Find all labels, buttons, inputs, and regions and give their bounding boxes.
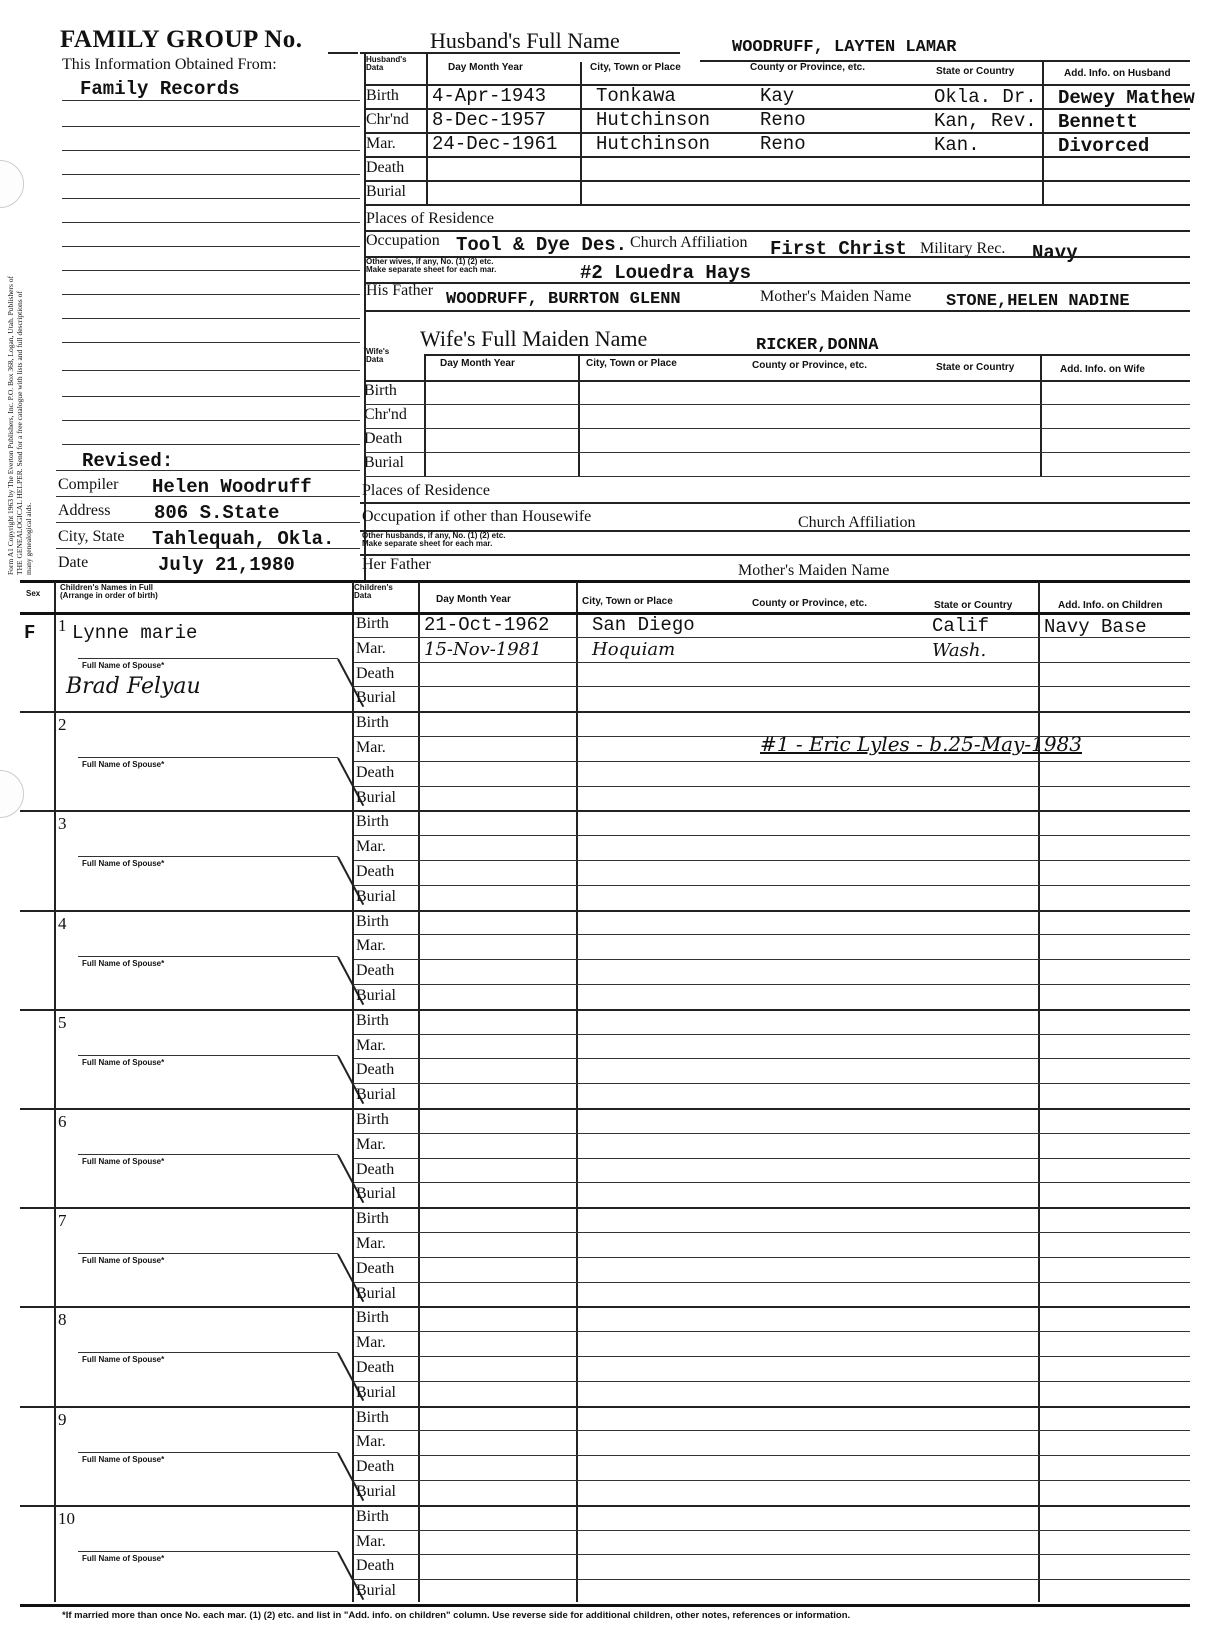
address-field[interactable]: 806 S.State <box>154 502 279 524</box>
his-father-label: His Father <box>366 282 433 300</box>
child-number: 10 <box>58 1509 75 1529</box>
date-label: Date <box>58 554 88 572</box>
husband-county-field[interactable]: Reno <box>760 109 806 131</box>
husband-event-label: Mar. <box>366 135 396 153</box>
wife-residence-label: Places of Residence <box>362 482 490 500</box>
child-event-label: Birth <box>356 714 389 732</box>
city-state-field[interactable]: Tahlequah, Okla. <box>152 528 334 550</box>
copyright-text: Form A1 Copyright 1963 by The Everton Pu… <box>6 275 33 575</box>
spouse-label: Full Name of Spouse* <box>82 1257 164 1265</box>
husband-residence-label: Places of Residence <box>366 210 494 228</box>
husband-event-label: Death <box>366 159 404 177</box>
husband-data-label: Husband's Data <box>366 56 406 72</box>
date-field[interactable]: July 21,1980 <box>158 554 295 576</box>
child-event-label: Birth <box>356 813 389 831</box>
col-city: City, Town or Place <box>590 62 681 73</box>
child-event-label: Death <box>356 863 394 881</box>
children-names-header: Children's Names in Full(Arrange in orde… <box>60 584 158 600</box>
child-event-label: Birth <box>356 1309 389 1327</box>
husband-date-field[interactable]: 8-Dec-1957 <box>432 109 546 131</box>
child-name-field[interactable]: Lynne marie <box>72 622 197 644</box>
child-event-label: Death <box>356 764 394 782</box>
husband-name[interactable]: WOODRUFF, LAYTEN LAMAR <box>732 38 956 57</box>
husband-county-field[interactable]: Kay <box>760 85 794 107</box>
revised-label: Revised: <box>82 450 173 472</box>
child-number: 1 <box>58 616 67 636</box>
spouse-label: Full Name of Spouse* <box>82 1059 164 1067</box>
child-event-label: Mar. <box>356 1136 386 1154</box>
child-event-label: Death <box>356 665 394 683</box>
husband-state-field[interactable]: Kan. <box>934 134 980 156</box>
other-husbands-label: Other husbands, if any, No. (1) (2) etc.… <box>362 532 505 548</box>
child-number: 3 <box>58 814 67 834</box>
husband-mother-label: Mother's Maiden Name <box>760 288 911 306</box>
col-add-info-husband: Add. Info. on Husband <box>1064 68 1171 79</box>
her-father-label: Her Father <box>362 556 431 574</box>
child-city-field[interactable]: Hoquiam <box>592 639 675 660</box>
husband-info-field[interactable]: Divorced <box>1058 135 1149 157</box>
child-event-label: Mar. <box>356 739 386 757</box>
occupation-field[interactable]: Tool & Dye Des. <box>456 234 627 256</box>
col-dmy: Day Month Year <box>448 62 523 73</box>
child-city-field[interactable]: San Diego <box>592 614 695 636</box>
child-event-label: Burial <box>356 789 396 807</box>
col-state: State or Country <box>936 66 1014 77</box>
child-event-label: Mar. <box>356 838 386 856</box>
col-add-info-children: Add. Info. on Children <box>1058 600 1162 611</box>
child-event-label: Birth <box>356 1210 389 1228</box>
wife-event-label: Burial <box>364 454 404 472</box>
wife-col-county: County or Province, etc. <box>752 360 867 371</box>
spouse-name-field[interactable]: Brad Felyau <box>66 674 201 699</box>
husband-city-field[interactable]: Hutchinson <box>596 133 710 155</box>
child-info-field[interactable]: Navy Base <box>1044 616 1147 638</box>
child-event-label: Burial <box>356 689 396 707</box>
child-event-label: Mar. <box>356 937 386 955</box>
info-obtained-line[interactable]: Family Records <box>80 78 240 100</box>
wife-data-label: Wife's Data <box>366 348 406 364</box>
child-event-label: Mar. <box>356 1334 386 1352</box>
wife-col-city: City, Town or Place <box>586 358 677 369</box>
address-label: Address <box>58 502 110 520</box>
spouse-label: Full Name of Spouse* <box>82 761 164 769</box>
sex-header: Sex <box>26 590 40 598</box>
child-event-label: Mar. <box>356 1235 386 1253</box>
child-state-field[interactable]: Wash. <box>932 640 986 661</box>
child-event-label: Death <box>356 1359 394 1377</box>
children-col-city: City, Town or Place <box>582 596 673 607</box>
military-field[interactable]: Navy <box>1032 242 1078 264</box>
spouse-label: Full Name of Spouse* <box>82 662 164 670</box>
child-event-label: Burial <box>356 1285 396 1303</box>
wife-name-label: Wife's Full Maiden Name <box>420 326 647 352</box>
col-add-info-wife: Add. Info. on Wife <box>1060 364 1145 375</box>
punch-hole <box>0 160 24 208</box>
his-father-field[interactable]: WOODRUFF, BURRTON GLENN <box>446 290 681 309</box>
spouse-label: Full Name of Spouse* <box>82 1158 164 1166</box>
child-event-label: Birth <box>356 1111 389 1129</box>
church-label: Church Affiliation <box>630 234 747 252</box>
child-event-label: Death <box>356 1557 394 1575</box>
wife-event-label: Birth <box>364 382 397 400</box>
child-event-label: Burial <box>356 1582 396 1600</box>
child-number: 2 <box>58 715 67 735</box>
other-wives-label: Other wives, if any, No. (1) (2) etc.Mak… <box>366 258 496 274</box>
wife-event-label: Chr'nd <box>364 406 407 424</box>
child-event-label: Burial <box>356 1384 396 1402</box>
child-event-label: Death <box>356 1458 394 1476</box>
child-event-label: Burial <box>356 1185 396 1203</box>
husband-info-field[interactable]: Bennett <box>1058 111 1138 133</box>
husband-info-field[interactable]: Dewey Mathew <box>1058 87 1195 109</box>
wife-col-state: State or Country <box>936 362 1014 373</box>
children-data-header: Children's Data <box>354 584 404 600</box>
child-event-label: Mar. <box>356 1037 386 1055</box>
husband-date-field[interactable]: 24-Dec-1961 <box>432 133 557 155</box>
child-number: 5 <box>58 1013 67 1033</box>
husband-event-label: Burial <box>366 183 406 201</box>
child-event-label: Birth <box>356 913 389 931</box>
child-event-label: Death <box>356 962 394 980</box>
children-col-dmy: Day Month Year <box>436 594 511 605</box>
info-obtained-label: This Information Obtained From: <box>62 56 277 74</box>
child-event-label: Burial <box>356 987 396 1005</box>
children-col-state: State or Country <box>934 600 1012 611</box>
spouse-label: Full Name of Spouse* <box>82 1555 164 1563</box>
children-col-county: County or Province, etc. <box>752 598 867 609</box>
spouse-label: Full Name of Spouse* <box>82 1356 164 1364</box>
child-number: 7 <box>58 1211 67 1231</box>
child-note[interactable]: #1 - Eric Lyles - b.25-May-1983 <box>760 732 1082 756</box>
child-number: 4 <box>58 914 67 934</box>
child-event-label: Birth <box>356 1012 389 1030</box>
child-event-label: Mar. <box>356 640 386 658</box>
occupation-label: Occupation <box>366 232 440 250</box>
husband-city-field[interactable]: Hutchinson <box>596 109 710 131</box>
compiler-field[interactable]: Helen Woodruff <box>152 476 312 498</box>
wife-occupation-label: Occupation if other than Housewife <box>362 508 591 526</box>
wife-event-label: Death <box>364 430 402 448</box>
form-title: FAMILY GROUP No. <box>60 26 303 54</box>
city-state-label: City, State <box>58 528 125 546</box>
husband-county-field[interactable]: Reno <box>760 133 806 155</box>
child-event-label: Birth <box>356 1508 389 1526</box>
child-date-field[interactable]: 15-Nov-1981 <box>424 639 542 660</box>
child-event-label: Burial <box>356 1086 396 1104</box>
husband-event-label: Birth <box>366 87 399 105</box>
child-date-field[interactable]: 21-Oct-1962 <box>424 614 549 636</box>
child-event-label: Death <box>356 1260 394 1278</box>
wife-col-dmy: Day Month Year <box>440 358 515 369</box>
husband-name-label: Husband's Full Name <box>430 28 620 54</box>
child-number: 6 <box>58 1112 67 1132</box>
spouse-label: Full Name of Spouse* <box>82 1456 164 1464</box>
other-wives-field[interactable]: #2 Louedra Hays <box>580 262 751 284</box>
spouse-label: Full Name of Spouse* <box>82 960 164 968</box>
wife-mother-label: Mother's Maiden Name <box>738 562 889 580</box>
husband-state-field[interactable]: Kan, Rev. <box>934 110 1037 132</box>
compiler-label: Compiler <box>58 476 118 494</box>
child-event-label: Birth <box>356 615 389 633</box>
wife-name[interactable]: RICKER,DONNA <box>756 336 878 355</box>
child-event-label: Death <box>356 1161 394 1179</box>
child-number: 9 <box>58 1410 67 1430</box>
child-event-label: Mar. <box>356 1533 386 1551</box>
child-event-label: Death <box>356 1061 394 1079</box>
child-state-field[interactable]: Calif <box>932 615 989 637</box>
husband-mother-field[interactable]: STONE,HELEN NADINE <box>946 292 1130 311</box>
husband-city-field[interactable]: Tonkawa <box>596 85 676 107</box>
husband-event-label: Chr'nd <box>366 111 409 129</box>
child-event-label: Burial <box>356 1483 396 1501</box>
col-county: County or Province, etc. <box>750 62 865 73</box>
footnote: *If married more than once No. each mar.… <box>62 1610 850 1621</box>
husband-state-field[interactable]: Okla. Dr. <box>934 86 1037 108</box>
child-event-label: Birth <box>356 1409 389 1427</box>
child-event-label: Burial <box>356 888 396 906</box>
husband-date-field[interactable]: 4-Apr-1943 <box>432 85 546 107</box>
child-sex[interactable]: F <box>24 622 35 644</box>
child-event-label: Mar. <box>356 1433 386 1451</box>
child-number: 8 <box>58 1310 67 1330</box>
spouse-label: Full Name of Spouse* <box>82 860 164 868</box>
